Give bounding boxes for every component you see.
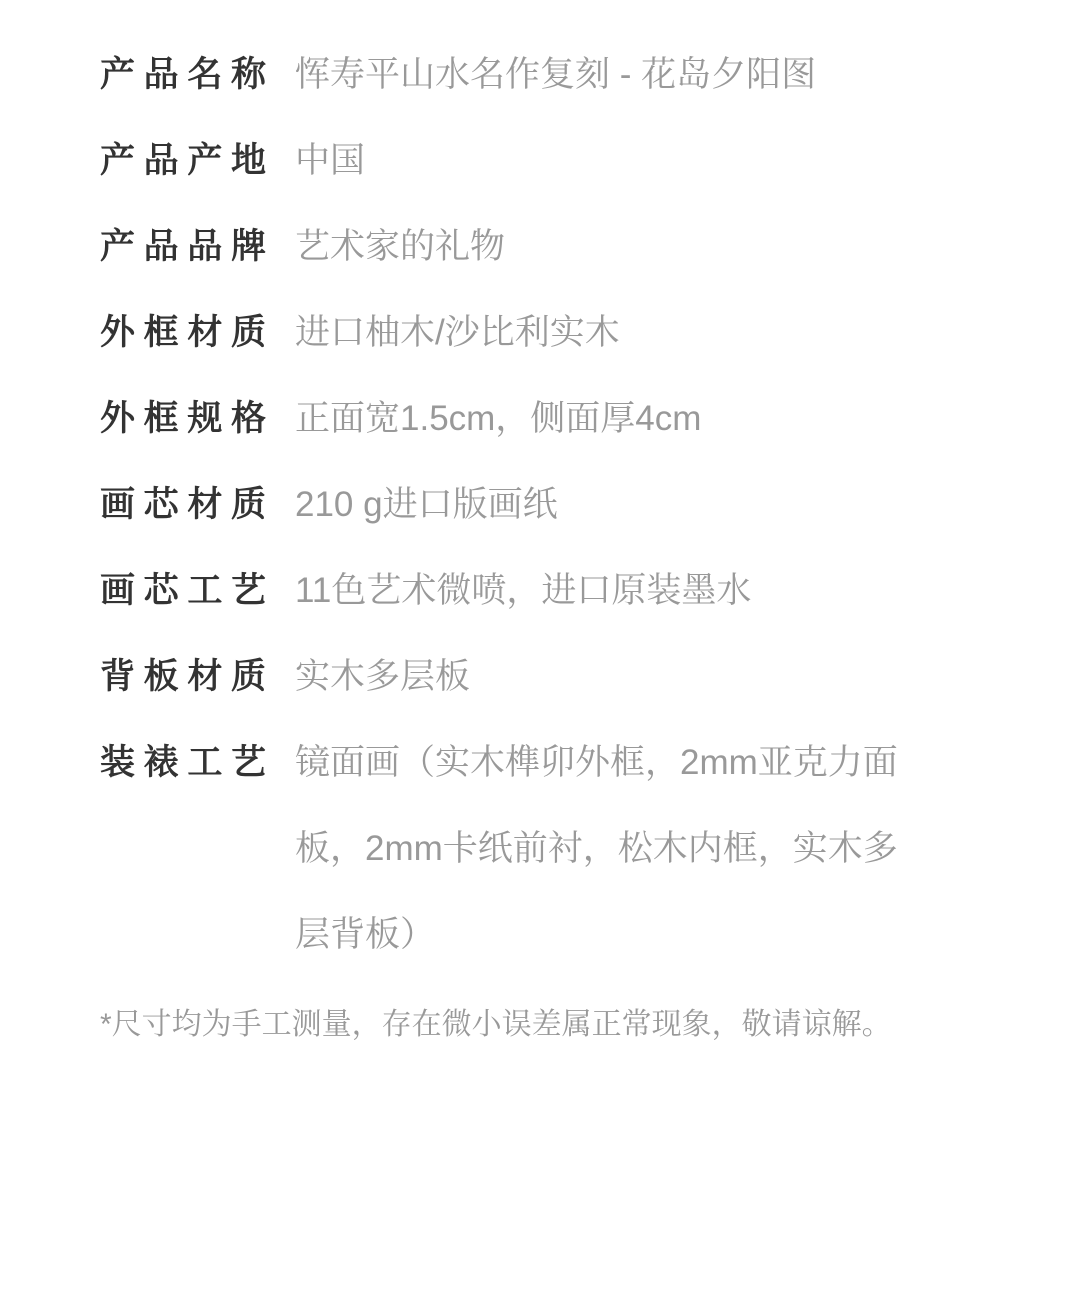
spec-label: 产品名称 (100, 32, 266, 118)
spec-label: 装裱工艺 (100, 720, 266, 806)
spec-value: 210 g进口版画纸 (295, 462, 915, 548)
spec-row: 产品产地 中国 (100, 118, 1000, 204)
spec-value: 中国 (295, 118, 915, 204)
spec-row: 产品名称 恽寿平山水名作复刻 - 花岛夕阳图 (100, 32, 1000, 118)
spec-row: 外框规格 正面宽1.5cm，侧面厚4cm (100, 376, 1000, 462)
spec-value: 正面宽1.5cm，侧面厚4cm (295, 376, 915, 462)
spec-row: 外框材质 进口柚木/沙比利实木 (100, 290, 1000, 376)
spec-label: 画芯工艺 (100, 548, 266, 634)
spec-label: 产品品牌 (100, 204, 266, 290)
spec-value: 恽寿平山水名作复刻 - 花岛夕阳图 (295, 32, 915, 118)
product-spec-table: 产品名称 恽寿平山水名作复刻 - 花岛夕阳图 产品产地 中国 产品品牌 艺术家的… (0, 0, 1080, 1048)
spec-value: 艺术家的礼物 (295, 204, 915, 290)
spec-value: 镜面画（实木榫卯外框，2mm亚克力面板，2mm卡纸前衬，松木内框，实木多层背板） (295, 720, 915, 978)
spec-row: 画芯材质 210 g进口版画纸 (100, 462, 1000, 548)
spec-label: 产品产地 (100, 118, 266, 204)
spec-value: 进口柚木/沙比利实木 (295, 290, 915, 376)
measurement-disclaimer: *尺寸均为手工测量，存在微小误差属正常现象，敬请谅解。 (100, 1002, 1000, 1048)
spec-label: 外框材质 (100, 290, 266, 376)
spec-row: 背板材质 实木多层板 (100, 634, 1000, 720)
spec-row: 装裱工艺 镜面画（实木榫卯外框，2mm亚克力面板，2mm卡纸前衬，松木内框，实木… (100, 720, 1000, 978)
spec-value: 实木多层板 (295, 634, 915, 720)
spec-label: 画芯材质 (100, 462, 266, 548)
spec-label: 外框规格 (100, 376, 266, 462)
spec-rows: 产品名称 恽寿平山水名作复刻 - 花岛夕阳图 产品产地 中国 产品品牌 艺术家的… (100, 32, 1000, 978)
spec-value: 11色艺术微喷，进口原装墨水 (295, 548, 915, 634)
spec-label: 背板材质 (100, 634, 266, 720)
spec-row: 画芯工艺 11色艺术微喷，进口原装墨水 (100, 548, 1000, 634)
spec-row: 产品品牌 艺术家的礼物 (100, 204, 1000, 290)
